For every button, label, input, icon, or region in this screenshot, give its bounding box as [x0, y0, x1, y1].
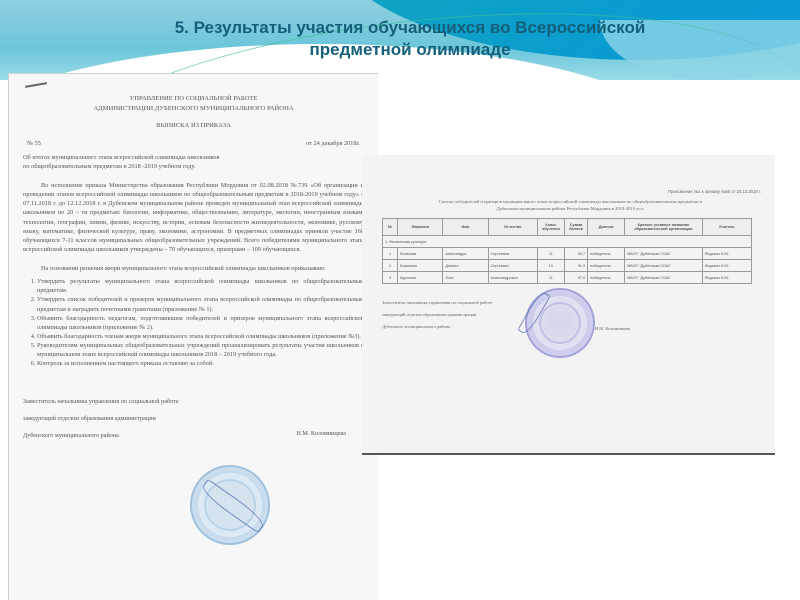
order-signature-block: Заместитель начальника управления по соц… — [23, 398, 364, 441]
order-subject: Об итогах муниципального этапа всероссий… — [23, 153, 364, 171]
cell: 11 — [537, 248, 564, 260]
order-body-paragraph: Во исполнение приказа Министерства образ… — [23, 181, 364, 254]
appendix-signature-block: Заместитель начальника управления по соц… — [382, 300, 492, 336]
col-header: № — [383, 219, 398, 236]
slide-title-line2: предметной олимпиаде — [60, 39, 760, 61]
signatory-line1: Заместитель начальника управления по соц… — [382, 300, 492, 305]
appendix-reference: Приложение №1 к приказу №55 от 24.12.201… — [668, 189, 761, 194]
col-header: Класс обучения — [537, 219, 564, 236]
cell: 11 — [537, 272, 564, 284]
col-header: Фамилия — [398, 219, 443, 236]
col-header: Учитель — [702, 219, 751, 236]
cell: Александра — [443, 248, 488, 260]
table-section-row: 1. Физическая культура — [383, 236, 752, 248]
order-header-line1: УПРАВЛЕНИЕ ПО СОЦИАЛЬНОЙ РАБОТЕ — [23, 94, 364, 104]
order-item: Утвердить результаты муниципального этап… — [37, 277, 364, 295]
order-basis-paragraph: На основании решения жюри муниципального… — [23, 264, 364, 273]
cell: Федькин Н.Ю. — [702, 260, 751, 272]
order-item: Контроль за исполнением настоящего прика… — [37, 359, 364, 368]
order-header: УПРАВЛЕНИЕ ПО СОЦИАЛЬНОЙ РАБОТЕ АДМИНИСТ… — [23, 94, 364, 113]
order-item: Объявить благодарность педагогам, подгот… — [37, 314, 364, 332]
signatory-line2: заведующий отделом образования администр… — [382, 312, 492, 317]
col-header: Отчество — [488, 219, 537, 236]
signatory-line3: Дубенского муниципального района — [382, 324, 492, 329]
appendix-title-line2: Дубенском муниципальном районе Республик… — [382, 206, 759, 213]
cell: 91,9 — [564, 260, 587, 272]
order-item: Руководителям муниципальных общеобразова… — [37, 341, 364, 359]
table-header-row: № Фамилия Имя Отчество Класс обучения Су… — [383, 219, 752, 236]
cell: Олег — [443, 272, 488, 284]
cell: МБОУ "Дубенская СОШ" — [625, 260, 702, 272]
cell: Козикова — [398, 248, 443, 260]
order-item: Утвердить список победителей и призеров … — [37, 295, 364, 313]
order-doc-type: ВЫПИСКА ИЗ ПРИКАЗА — [23, 121, 364, 131]
order-number-row: № 55 от 24 декабря 2018г. — [23, 139, 364, 148]
col-header: Сумма баллов — [564, 219, 587, 236]
order-subject-line1: Об итогах муниципального этапа всероссий… — [23, 153, 364, 162]
order-header-line2: АДМИНИСТРАЦИИ ДУБЕНСКОГО МУНИЦИПАЛЬНОГО … — [23, 104, 364, 114]
col-header: Диплом — [588, 219, 625, 236]
order-items-list: Утвердить результаты муниципального этап… — [23, 277, 364, 368]
signatory-line2: заведующий отделом образования администр… — [23, 415, 364, 424]
signatory-line1: Заместитель начальника управления по соц… — [23, 398, 364, 407]
signatory-name: Н.М. Коломницева — [595, 326, 630, 331]
col-header: Имя — [443, 219, 488, 236]
cell: МБОУ "Дубенская СОШ" — [625, 272, 702, 284]
cell: 1 — [383, 248, 398, 260]
cell: Сергеевич — [488, 260, 537, 272]
cell: 10 — [537, 260, 564, 272]
order-item: Объявить благодарность членам жюри муниц… — [37, 332, 364, 341]
order-subject-line2: по общеобразовательным предметам в 2018 … — [23, 162, 364, 171]
order-number: № 55 — [27, 139, 41, 148]
cell: Курочкин — [398, 272, 443, 284]
cell: Федькин Н.Ю. — [702, 272, 751, 284]
cell: Сергеевна — [488, 248, 537, 260]
cell: победитель — [588, 272, 625, 284]
cell: победитель — [588, 260, 625, 272]
cell: 2 — [383, 260, 398, 272]
cell: Федькин Н.Ю. — [702, 248, 751, 260]
pen-mark — [25, 82, 47, 88]
cell: Даниил — [443, 260, 488, 272]
appendix-title: Список победителей и призеров муниципаль… — [382, 199, 759, 213]
cell: 3 — [383, 272, 398, 284]
slide-title: 5. Результаты участия обучающихся во Все… — [60, 17, 760, 61]
section-label: 1. Физическая культура — [383, 236, 752, 248]
cell: МБОУ "Дубенская СОШ" — [625, 248, 702, 260]
cell: Александрович — [488, 272, 537, 284]
table-row: 2 Комолкин Даниил Сергеевич 10 91,9 побе… — [383, 260, 752, 272]
slide-title-line1: 5. Результаты участия обучающихся во Все… — [60, 17, 760, 39]
appendix-title-line1: Список победителей и призеров муниципаль… — [382, 199, 759, 206]
signatory-name: Н.М. Коломницева — [296, 430, 346, 439]
cell: 95,7 — [564, 248, 587, 260]
col-header: Краткое уставное название образовательно… — [625, 219, 702, 236]
table-row: 1 Козикова Александра Сергеевна 11 95,7 … — [383, 248, 752, 260]
order-date: от 24 декабря 2018г. — [306, 139, 360, 148]
cell: победитель — [588, 248, 625, 260]
cell: Комолкин — [398, 260, 443, 272]
results-table: № Фамилия Имя Отчество Класс обучения Су… — [382, 218, 752, 284]
table-row: 3 Курочкин Олег Александрович 11 97,9 по… — [383, 272, 752, 284]
cell: 97,9 — [564, 272, 587, 284]
